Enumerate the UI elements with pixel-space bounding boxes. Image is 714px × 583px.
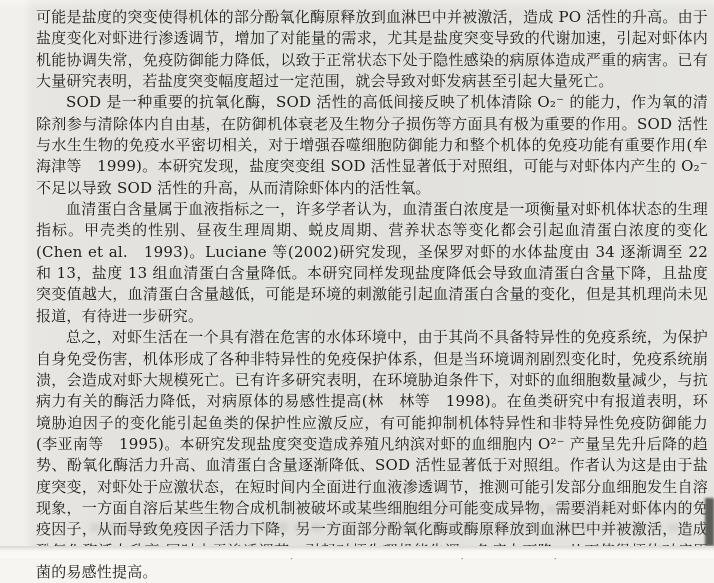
bleedthrough-smudge (360, 505, 690, 514)
page-bottom-edge (0, 546, 714, 558)
paragraph-po-activity: 可能是盐度的突变使得机体的部分酚氧化酶原释放到血淋巴中并被激活，造成 PO 活性… (36, 7, 708, 92)
paragraph-sod-activity: SOD 是一种重要的抗氧化酶，SOD 活性的高低间接反映了机体清除 O₂⁻ 的能… (36, 92, 708, 199)
scan-edge-shadow (705, 498, 714, 546)
bleedthrough-smudge (90, 523, 690, 532)
scanned-page: 可能是盐度的突变使得机体的部分酚氧化酶原释放到血淋巴中并被激活，造成 PO 活性… (0, 0, 714, 558)
body-text-block: 可能是盐度的突变使得机体的部分酚氧化酶原释放到血淋巴中并被激活，造成 PO 活性… (36, 7, 708, 558)
paragraph-serum-protein: 血清蛋白含量属于血液指标之一，许多学者认为，血清蛋白浓度是一项衡量对虾机体状态的… (36, 199, 708, 327)
